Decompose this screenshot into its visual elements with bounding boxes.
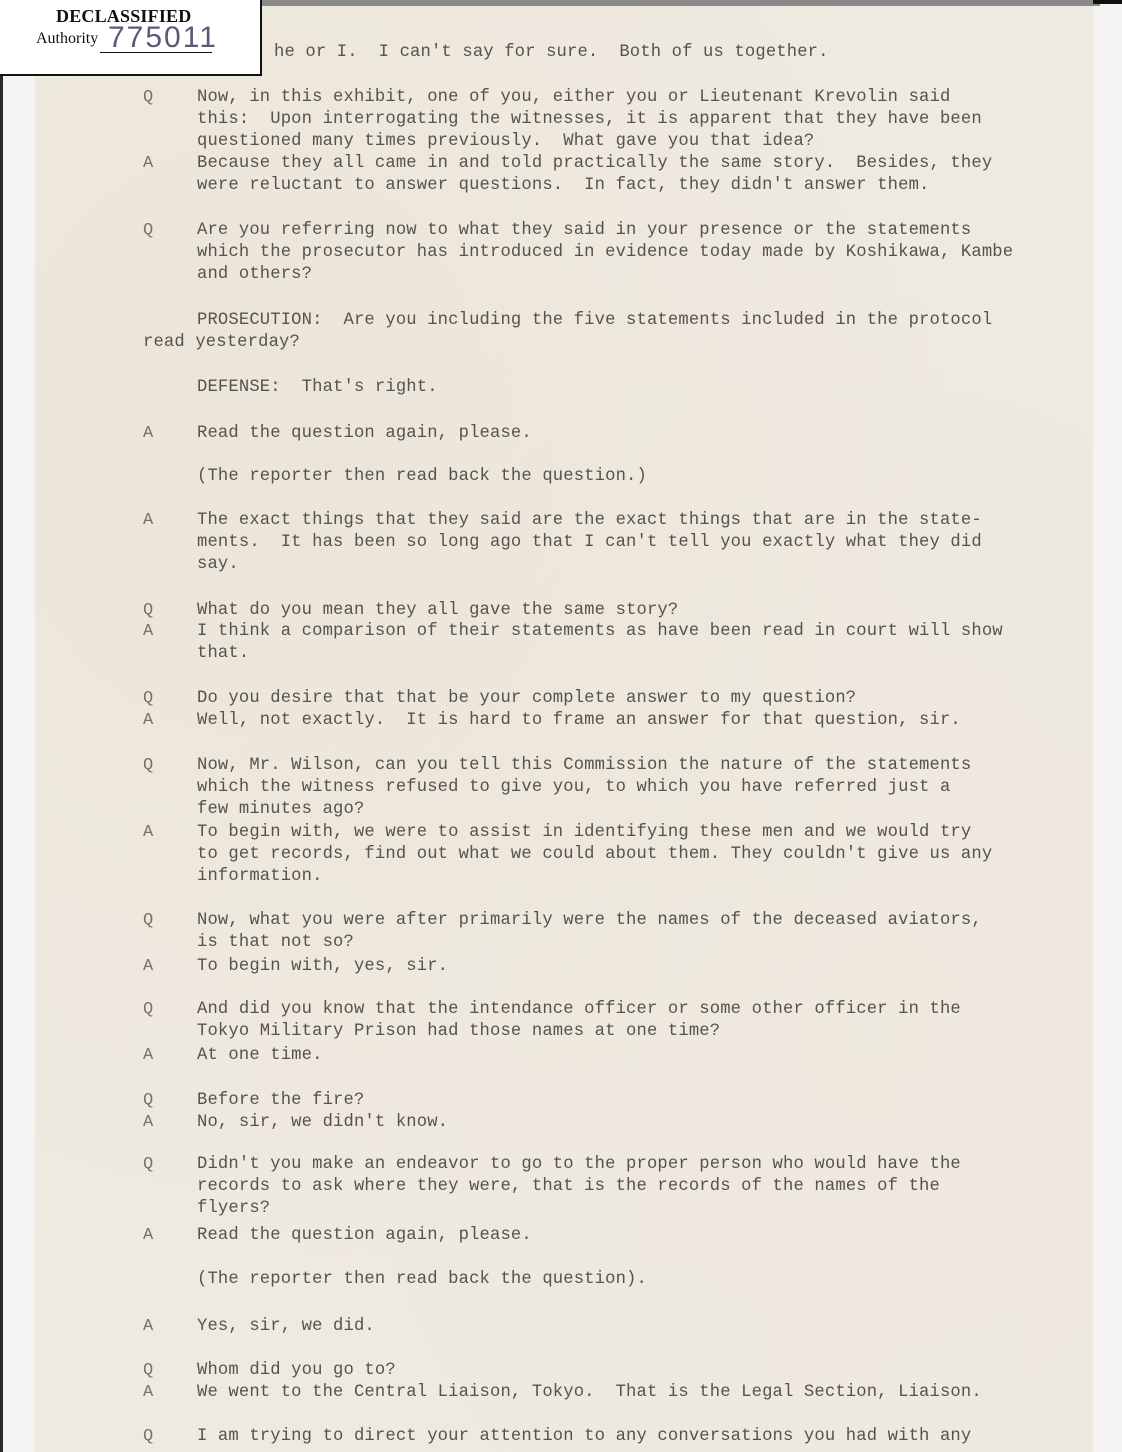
- transcript-line: that.: [197, 643, 249, 665]
- transcript-line: flyers?: [197, 1198, 270, 1220]
- document-page: he or I. I can't say for sure. Both of u…: [35, 6, 1093, 1452]
- transcript-line: Yes, sir, we did.: [197, 1316, 375, 1338]
- question-marker: Q: [143, 1426, 163, 1448]
- transcript-line: to get records, find out what we could a…: [197, 844, 992, 866]
- transcript-line: Before the fire?: [197, 1090, 364, 1112]
- transcript-line: he or I. I can't say for sure. Both of u…: [274, 42, 829, 64]
- answer-marker: A: [143, 822, 163, 844]
- transcript-line: To begin with, yes, sir.: [197, 956, 448, 978]
- answer-marker: A: [143, 1225, 163, 1247]
- transcript-line: PROSECUTION: Are you including the five …: [197, 310, 992, 332]
- transcript-line: I am trying to direct your attention to …: [197, 1426, 971, 1448]
- transcript-line: Now, what you were after primarily were …: [197, 910, 982, 932]
- declassified-stamp: DECLASSIFIED Authority 775011: [0, 0, 262, 76]
- transcript-line: No, sir, we didn't know.: [197, 1112, 448, 1134]
- stamp-underline: [100, 52, 212, 53]
- transcript-line: Now, Mr. Wilson, can you tell this Commi…: [197, 755, 971, 777]
- transcript-line: Well, not exactly. It is hard to frame a…: [197, 710, 961, 732]
- transcript-line: Didn't you make an endeavor to go to the…: [197, 1154, 961, 1176]
- transcript-line: (The reporter then read back the questio…: [197, 1269, 647, 1291]
- transcript-line: At one time.: [197, 1045, 323, 1067]
- answer-marker: A: [143, 1316, 163, 1338]
- answer-marker: A: [143, 510, 163, 532]
- answer-marker: A: [143, 423, 163, 445]
- question-marker: Q: [143, 220, 163, 242]
- stamp-authority-value: 775011: [108, 21, 218, 55]
- answer-marker: A: [143, 1045, 163, 1067]
- transcript-line: Read the question again, please.: [197, 423, 532, 445]
- question-marker: Q: [143, 688, 163, 710]
- transcript-line: Whom did you go to?: [197, 1360, 396, 1382]
- question-marker: Q: [143, 910, 163, 932]
- scan-top-right-edge: [1093, 0, 1122, 4]
- stamp-authority-label: Authority: [36, 30, 98, 48]
- scan-left-edge: [0, 0, 3, 1452]
- question-marker: Q: [143, 1360, 163, 1382]
- transcript-line: is that not so?: [197, 932, 354, 954]
- question-marker: Q: [143, 999, 163, 1021]
- transcript-line: questioned many times previously. What g…: [197, 131, 814, 153]
- question-marker: Q: [143, 87, 163, 109]
- transcript-line: DEFENSE: That's right.: [197, 377, 438, 399]
- answer-marker: A: [143, 710, 163, 732]
- transcript-line: information.: [197, 866, 323, 888]
- transcript-line: few minutes ago?: [197, 799, 364, 821]
- transcript-line: The exact things that they said are the …: [197, 510, 982, 532]
- answer-marker: A: [143, 153, 163, 175]
- transcript-line: records to ask where they were, that is …: [197, 1176, 940, 1198]
- answer-marker: A: [143, 621, 163, 643]
- transcript-line: which the prosecutor has introduced in e…: [197, 242, 1013, 264]
- transcript-line: Do you desire that that be your complete…: [197, 688, 856, 710]
- question-marker: Q: [143, 1090, 163, 1112]
- transcript-line: (The reporter then read back the questio…: [197, 466, 647, 488]
- question-marker: Q: [143, 755, 163, 777]
- transcript-line: Read the question again, please.: [197, 1225, 532, 1247]
- transcript-line: Because they all came in and told practi…: [197, 153, 992, 175]
- transcript-line: this: Upon interrogating the witnesses, …: [197, 109, 982, 131]
- transcript-line: I think a comparison of their statements…: [197, 621, 1003, 643]
- answer-marker: A: [143, 1382, 163, 1404]
- transcript-line: And did you know that the intendance off…: [197, 999, 961, 1021]
- transcript-line: Now, in this exhibit, one of you, either…: [197, 87, 950, 109]
- answer-marker: A: [143, 1112, 163, 1134]
- transcript-line: Are you referring now to what they said …: [197, 220, 971, 242]
- transcript-line: say.: [197, 554, 239, 576]
- transcript-line: What do you mean they all gave the same …: [197, 600, 678, 622]
- question-marker: Q: [143, 1154, 163, 1176]
- transcript-line: To begin with, we were to assist in iden…: [197, 822, 971, 844]
- answer-marker: A: [143, 956, 163, 978]
- transcript-line: Tokyo Military Prison had those names at…: [197, 1021, 720, 1043]
- transcript-line: were reluctant to answer questions. In f…: [197, 175, 930, 197]
- transcript-line: which the witness refused to give you, t…: [197, 777, 950, 799]
- question-marker: Q: [143, 600, 163, 622]
- transcript-line: ments. It has been so long ago that I ca…: [197, 532, 982, 554]
- transcript-line-continuation: read yesterday?: [143, 332, 300, 354]
- transcript-line: We went to the Central Liaison, Tokyo. T…: [197, 1382, 982, 1404]
- transcript-line: and others?: [197, 264, 312, 286]
